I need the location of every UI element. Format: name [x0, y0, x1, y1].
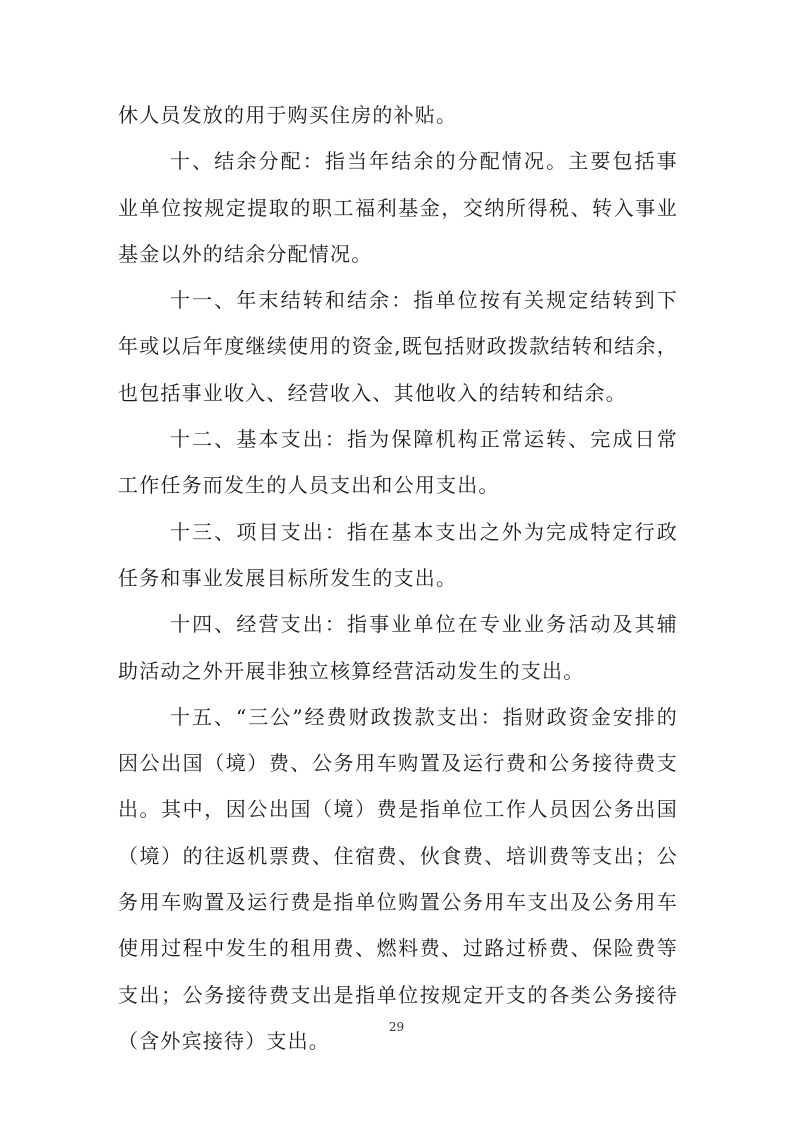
document-page: 休人员发放的用于购买住房的补贴。 十、结余分配：指当年结余的分配情况。主要包括事… [0, 0, 793, 1122]
body-text: 休人员发放的用于购买住房的补贴。 十、结余分配：指当年结余的分配情况。主要包括事… [118, 92, 678, 1064]
paragraph-basic-expenditure: 十二、基本支出：指为保障机构正常运转、完成日常工作任务而发生的人员支出和公用支出… [118, 416, 678, 509]
paragraph-surplus-distribution: 十、结余分配：指当年结余的分配情况。主要包括事业单位按规定提取的职工福利基金，交… [118, 138, 678, 277]
paragraph-three-public-expenses: 十五、“三公”经费财政拨款支出：指财政资金安排的因公出国（境）费、公务用车购置及… [118, 694, 678, 1064]
paragraph-project-expenditure: 十三、项目支出：指在基本支出之外为完成特定行政任务和事业发展目标所发生的支出。 [118, 509, 678, 602]
paragraph-continuation: 休人员发放的用于购买住房的补贴。 [118, 92, 678, 138]
paragraph-operating-expenditure: 十四、经营支出：指事业单位在专业业务活动及其辅助活动之外开展非独立核算经营活动发… [118, 601, 678, 694]
page-number: 29 [0, 1020, 793, 1034]
paragraph-year-end-carryover: 十一、年末结转和结余：指单位按有关规定结转到下年或以后年度继续使用的资金,既包括… [118, 277, 678, 416]
